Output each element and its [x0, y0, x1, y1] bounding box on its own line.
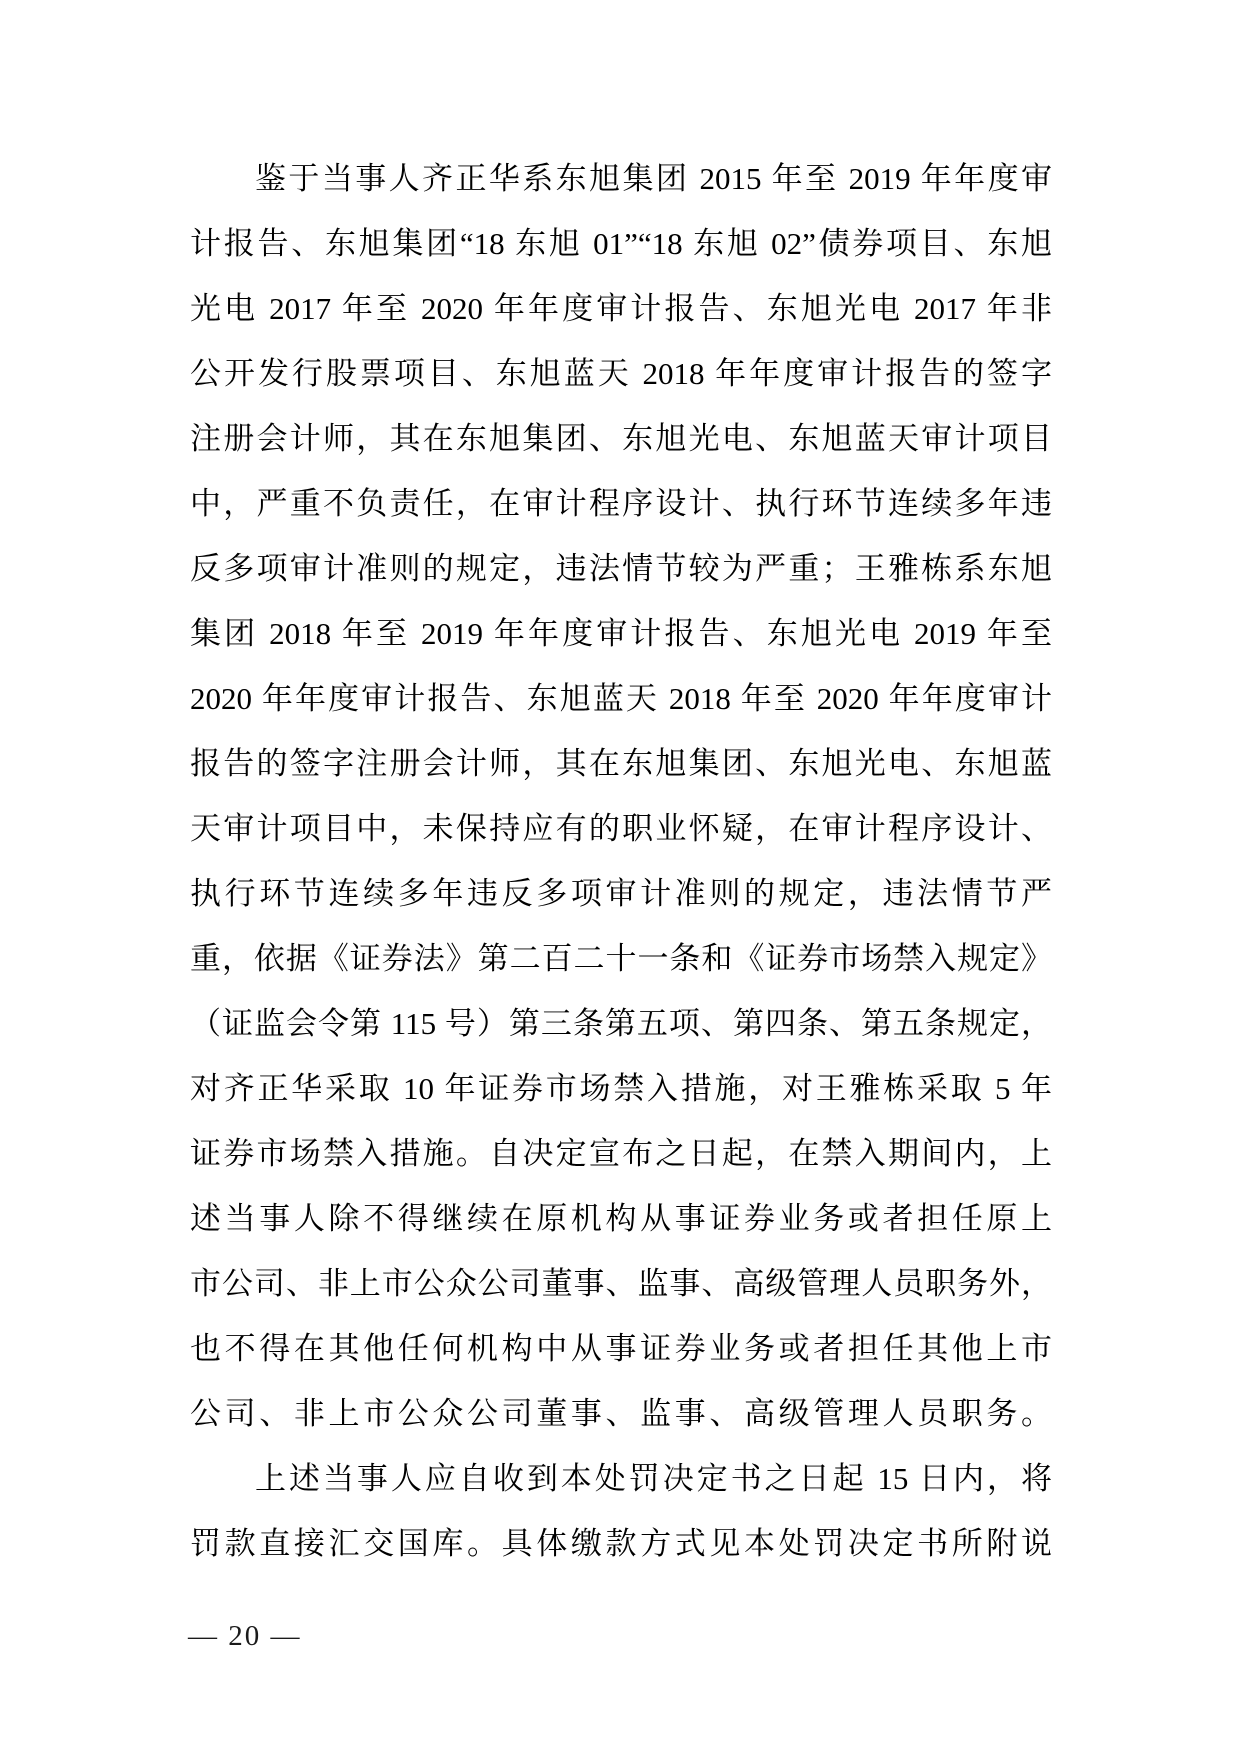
text-line: 注册会计师，其在东旭集团、东旭光电、东旭蓝天审计项目 — [190, 406, 1052, 471]
text-line: （证监会令第 115 号）第三条第五项、第四条、第五条规定， — [190, 991, 1052, 1056]
text-line: 集团 2018 年至 2019 年年度审计报告、东旭光电 2019 年至 — [190, 601, 1052, 666]
text-line: 公开发行股票项目、东旭蓝天 2018 年年度审计报告的签字 — [190, 341, 1052, 406]
text-line: 证券市场禁入措施。自决定宣布之日起，在禁入期间内，上 — [190, 1121, 1052, 1186]
text-line: 天审计项目中，未保持应有的职业怀疑，在审计程序设计、 — [190, 796, 1052, 861]
paragraph-1: 鉴于当事人齐正华系东旭集团 2015 年至 2019 年年度审计报告、东旭集团“… — [190, 146, 1052, 1446]
text-line: 对齐正华采取 10 年证券市场禁入措施，对王雅栋采取 5 年 — [190, 1056, 1052, 1121]
text-line: 罚款直接汇交国库。具体缴款方式见本处罚决定书所附说 — [190, 1511, 1052, 1576]
text-line: 鉴于当事人齐正华系东旭集团 2015 年至 2019 年年度审 — [190, 146, 1052, 211]
page-number-label: — 20 — — [188, 1620, 302, 1652]
text-line: 反多项审计准则的规定，违法情节较为严重；王雅栋系东旭 — [190, 536, 1052, 601]
text-line: 计报告、东旭集团“18 东旭 01”“18 东旭 02”债券项目、东旭 — [190, 211, 1052, 276]
text-line: 中，严重不负责任，在审计程序设计、执行环节连续多年违 — [190, 471, 1052, 536]
text-line: 执行环节连续多年违反多项审计准则的规定，违法情节严 — [190, 861, 1052, 926]
text-line: 重，依据《证券法》第二百二十一条和《证券市场禁入规定》 — [190, 926, 1052, 991]
text-line: 上述当事人应自收到本处罚决定书之日起 15 日内，将 — [190, 1446, 1052, 1511]
text-line: 市公司、非上市公众公司董事、监事、高级管理人员职务外， — [190, 1251, 1052, 1316]
document-body: 鉴于当事人齐正华系东旭集团 2015 年至 2019 年年度审计报告、东旭集团“… — [190, 146, 1052, 1576]
text-line: 2020 年年度审计报告、东旭蓝天 2018 年至 2020 年年度审计 — [190, 666, 1052, 731]
text-line: 也不得在其他任何机构中从事证券业务或者担任其他上市 — [190, 1316, 1052, 1381]
text-line: 述当事人除不得继续在原机构从事证券业务或者担任原上 — [190, 1186, 1052, 1251]
text-line: 公司、非上市公众公司董事、监事、高级管理人员职务。 — [190, 1381, 1052, 1446]
page-footer: — 20 — — [188, 1619, 302, 1653]
text-line: 报告的签字注册会计师，其在东旭集团、东旭光电、东旭蓝 — [190, 731, 1052, 796]
document-page: 鉴于当事人齐正华系东旭集团 2015 年至 2019 年年度审计报告、东旭集团“… — [0, 0, 1241, 1754]
text-line: 光电 2017 年至 2020 年年度审计报告、东旭光电 2017 年非 — [190, 276, 1052, 341]
paragraph-2: 上述当事人应自收到本处罚决定书之日起 15 日内，将罚款直接汇交国库。具体缴款方… — [190, 1446, 1052, 1576]
